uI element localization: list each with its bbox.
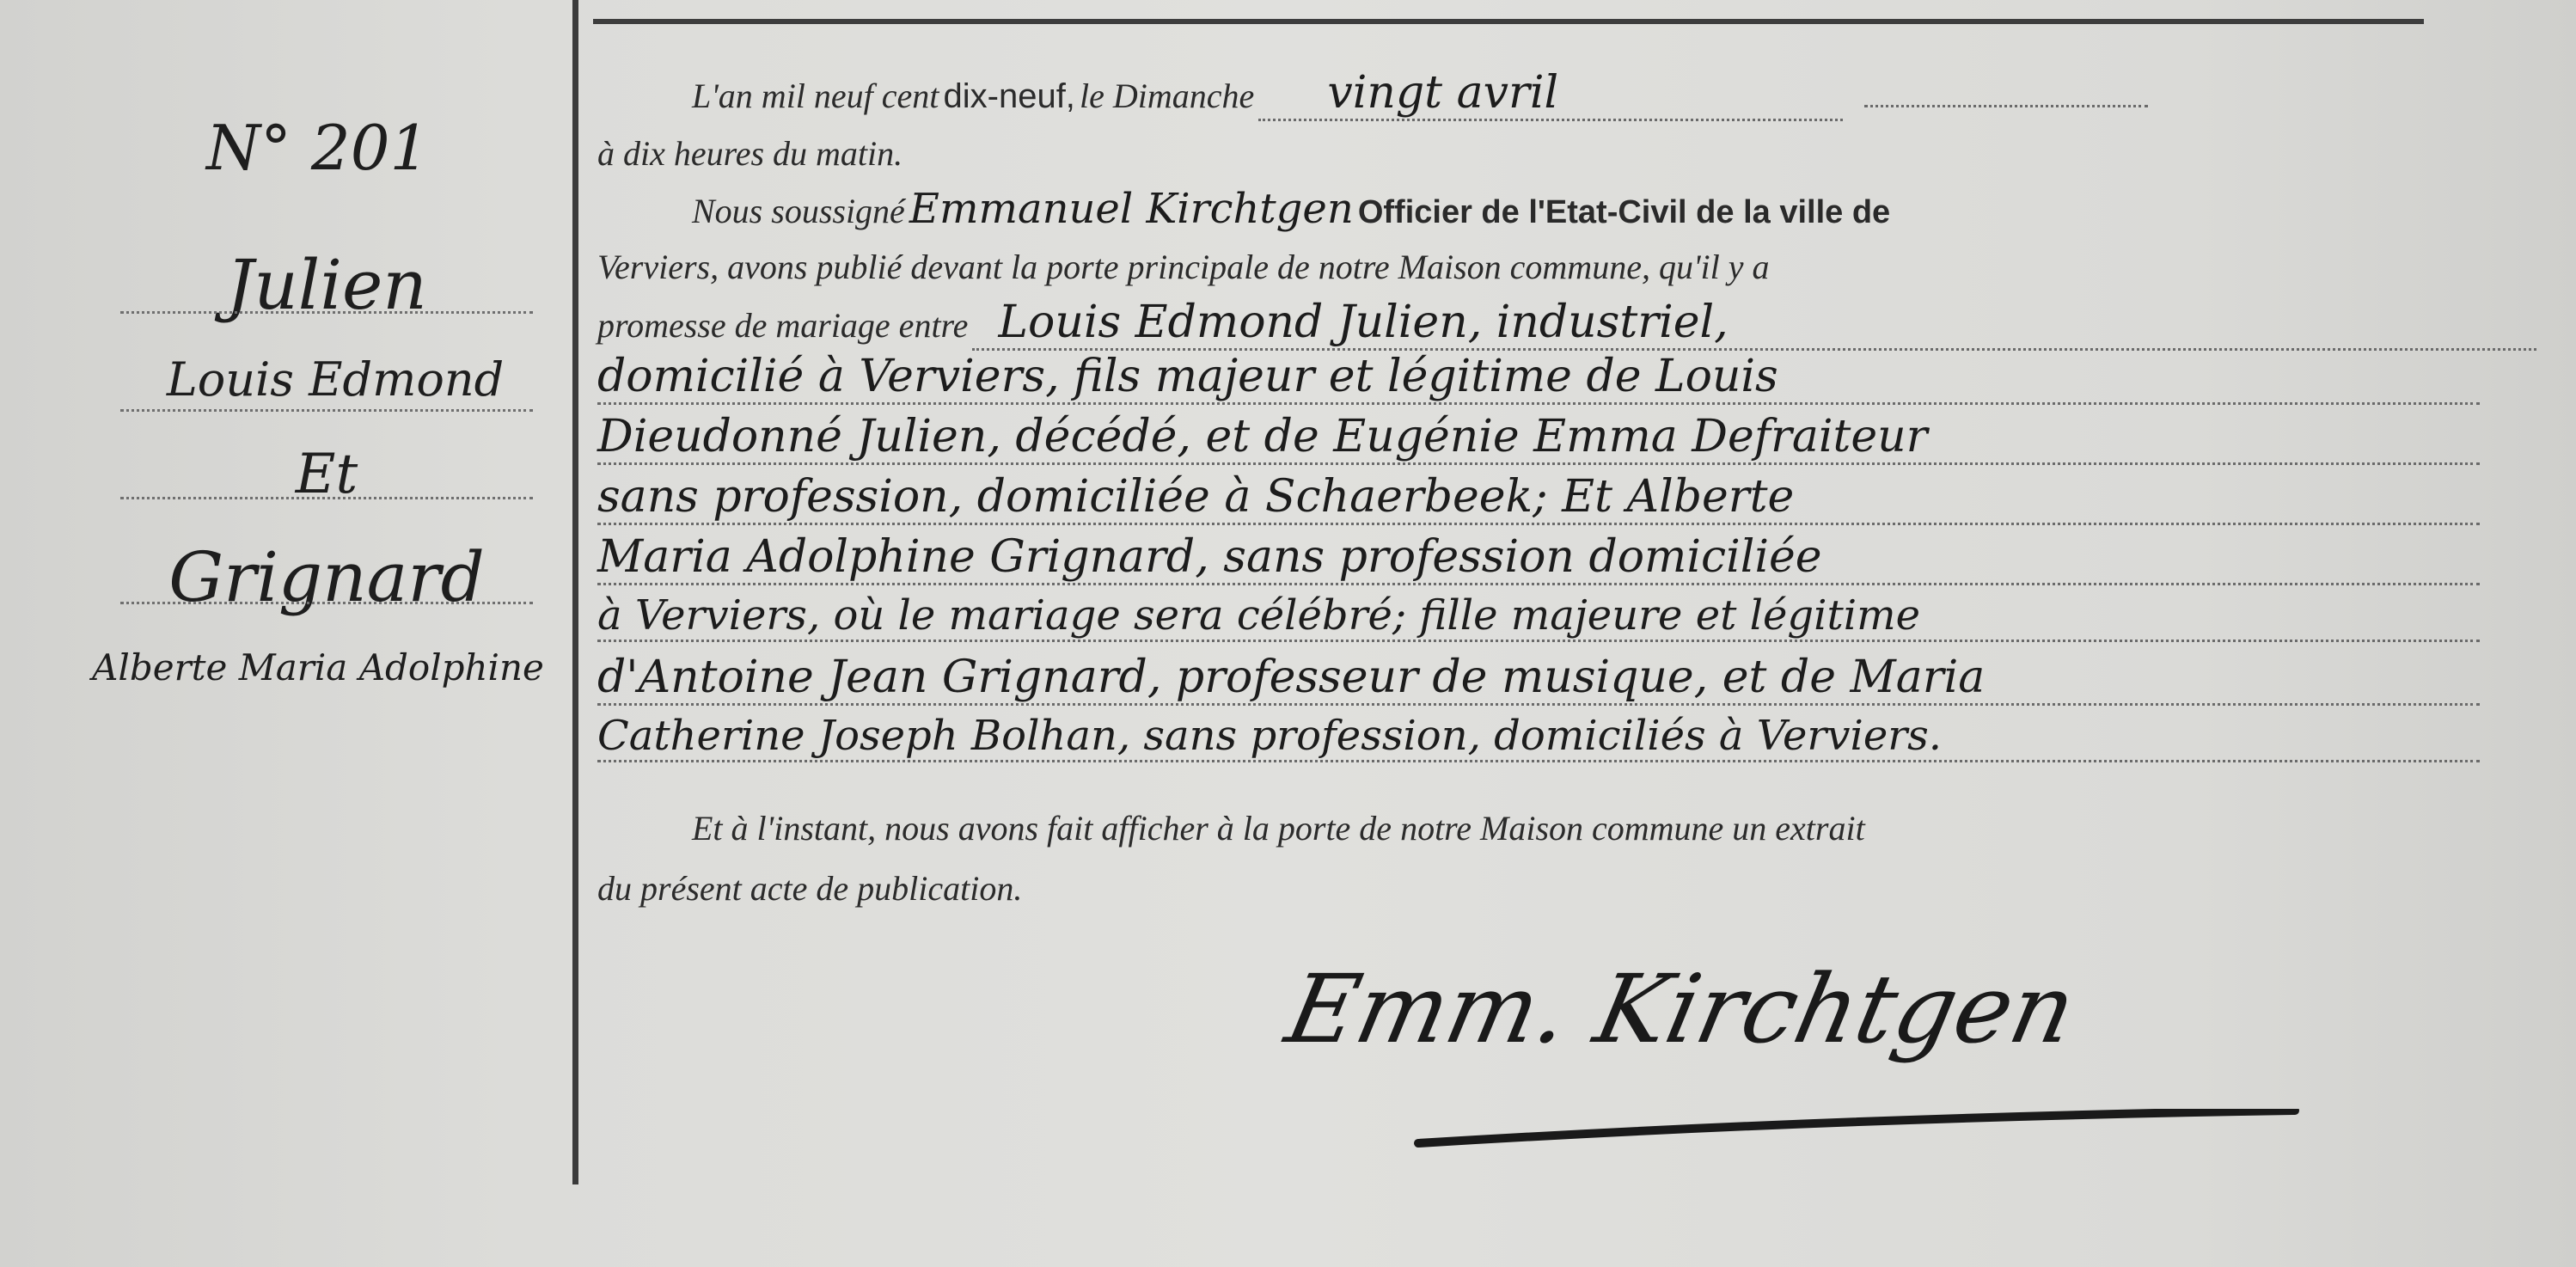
body-line-8: sans profession, domiciliée à Schaerbeek… xyxy=(597,471,2480,525)
body-line-4: Verviers, avons publié devant la porte p… xyxy=(597,247,1769,287)
vertical-rule xyxy=(572,0,578,1184)
groom-given-names: Louis Edmond xyxy=(112,352,559,407)
body-line-5: promesse de mariage entre Louis Edmond J… xyxy=(597,297,2536,351)
body-line-3: Nous soussigné Emmanuel Kirchtgen Offici… xyxy=(692,185,1890,233)
document-page: N° 201 Julien Louis Edmond Et Grignard A… xyxy=(0,0,2576,1267)
date-field: vingt avril xyxy=(1258,67,1843,121)
signature-flourish xyxy=(1410,1109,2304,1152)
dotted-rule xyxy=(120,311,533,314)
body-line-9: Maria Adolphine Grignard, sans professio… xyxy=(597,531,2480,585)
body-line-7: Dieudonné Julien, décédé, et de Eugénie … xyxy=(597,411,2480,465)
body-line-13: Et à l'instant, nous avons fait afficher… xyxy=(692,808,1865,848)
body-line-2: à dix heures du matin. xyxy=(597,133,903,174)
bride-given-names: Alberte Maria Adolphine xyxy=(69,646,567,689)
dotted-rule xyxy=(120,409,533,412)
officer-name: Emmanuel Kirchtgen xyxy=(909,185,1354,233)
body-line-12: Catherine Joseph Bolhan, sans profession… xyxy=(597,712,2480,762)
body-line-11: d'Antoine Jean Grignard, professeur de m… xyxy=(597,652,2480,706)
dotted-rule xyxy=(120,602,533,604)
dotted-rule xyxy=(120,497,533,499)
body-line-10: à Verviers, où le mariage sera célébré; … xyxy=(597,591,2480,642)
body-line-6: domicilié à Verviers, fils majeur et lég… xyxy=(597,351,2480,405)
act-number: N° 201 xyxy=(206,112,429,184)
bride-surname: Grignard xyxy=(120,537,533,617)
officer-signature: Emm. Kirchtgen xyxy=(1277,954,2084,1064)
body-line-1: L'an mil neuf cent dix-neuf, le Dimanche… xyxy=(692,67,2148,121)
margin-column: N° 201 Julien Louis Edmond Et Grignard A… xyxy=(0,0,574,1267)
body-line-14: du présent acte de publication. xyxy=(597,868,1022,909)
top-rule xyxy=(593,19,2424,24)
